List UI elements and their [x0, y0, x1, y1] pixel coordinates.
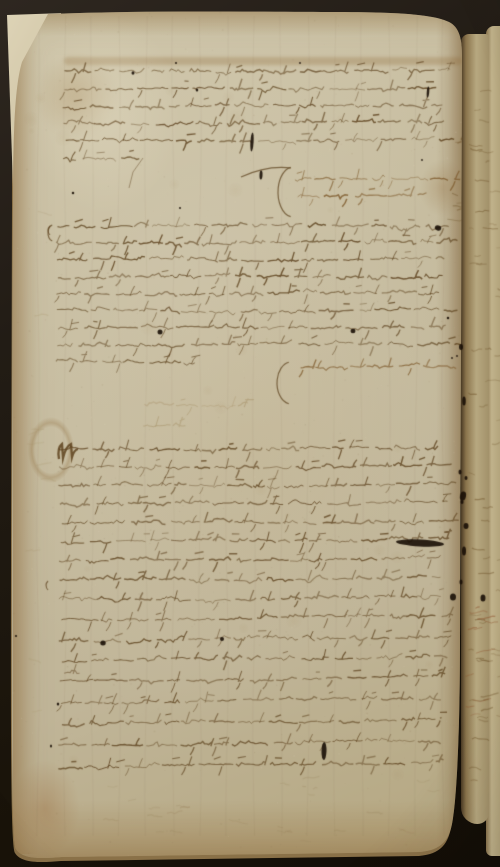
handwriting-ink-layer: [0, 0, 500, 867]
manuscript-photo: [0, 0, 500, 867]
